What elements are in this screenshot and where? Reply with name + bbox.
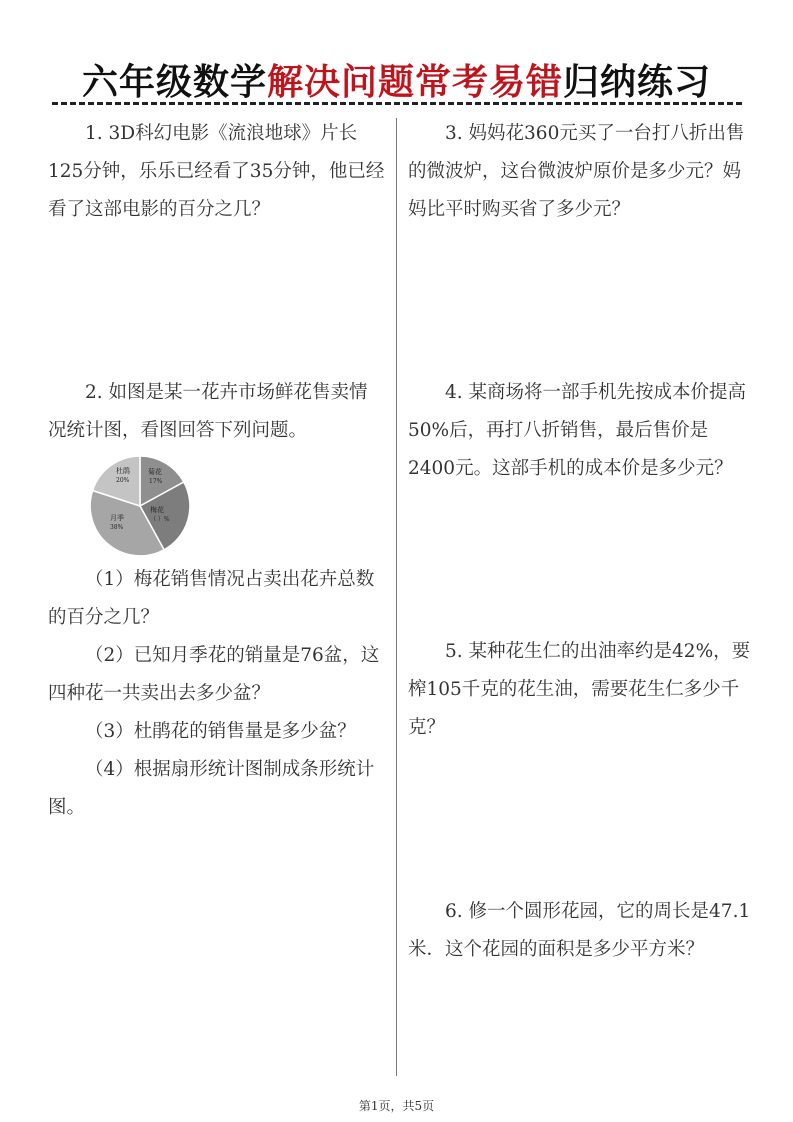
question-4-text: 4. 某商场将一部手机先按成本价提高50%后，再打八折销售，最后售价是2400元… (408, 374, 753, 488)
question-5-text: 5. 某种花生仁的出油率约是42%，要榨105千克的花生油，需要花生仁多少千克？ (408, 633, 753, 747)
pie-pct-dujuan: 20% (116, 477, 130, 484)
subquestion-2: （2）已知月季花的销量是76盆，这四种花一共卖出去多少盆？ (48, 637, 386, 713)
subquestion-4: （4）根据扇形统计图制成条形统计图。 (48, 751, 386, 827)
question-1: 1. 3D科幻电影《流浪地球》片长125分钟，乐乐已经看了35分钟，他已经看了这… (48, 115, 386, 229)
pie-label-juhua: 菊花 (148, 467, 162, 476)
question-4: 4. 某商场将一部手机先按成本价提高50%后，再打八折销售，最后售价是2400元… (408, 374, 753, 488)
pie-pct-juhua: 17% (149, 478, 163, 485)
pie-chart: 菊花 17% 梅花 （ ）% 月季 38% 杜鹃 20% (88, 454, 192, 558)
column-divider (396, 118, 397, 1076)
question-3-text: 3. 妈妈花360元买了一台打八折出售的微波炉，这台微波炉原价是多少元？妈妈比平… (408, 115, 753, 229)
pie-label-yueji: 月季 (110, 513, 124, 522)
title-part-1: 六年级数学 (82, 62, 267, 103)
question-6: 6. 修一个圆形花园，它的周长是47.1米．这个花园的面积是多少平方米？ (408, 893, 753, 969)
pie-label-meihua: 梅花 (150, 505, 164, 514)
subquestion-1: （1）梅花销售情况占卖出花卉总数的百分之几？ (48, 561, 386, 637)
question-3: 3. 妈妈花360元买了一台打八折出售的微波炉，这台微波炉原价是多少元？妈妈比平… (408, 115, 753, 229)
title-part-3: 归纳练习 (563, 62, 711, 103)
subquestion-3: （3）杜鹃花的销售量是多少盆？ (48, 713, 386, 751)
question-2-subquestions: （1）梅花销售情况占卖出花卉总数的百分之几？ （2）已知月季花的销量是76盆，这… (48, 561, 386, 827)
pie-pct-meihua: （ ）% (150, 516, 170, 523)
question-6-text: 6. 修一个圆形花园，它的周长是47.1米．这个花园的面积是多少平方米？ (408, 893, 753, 969)
page-title: 六年级数学解决问题常考易错归纳练习 (0, 54, 793, 105)
page-number: 第1页，共5页 (0, 1097, 793, 1114)
question-2-text: 2. 如图是某一花卉市场鲜花售卖情况统计图，看图回答下列问题。 (48, 374, 386, 450)
pie-label-dujuan: 杜鹃 (116, 466, 130, 475)
title-highlight: 解决问题常考易错 (267, 62, 563, 103)
pie-pct-yueji: 38% (110, 524, 124, 531)
dashed-divider (52, 102, 742, 105)
question-2: 2. 如图是某一花卉市场鲜花售卖情况统计图，看图回答下列问题。 (48, 374, 386, 450)
question-1-text: 1. 3D科幻电影《流浪地球》片长125分钟，乐乐已经看了35分钟，他已经看了这… (48, 115, 386, 229)
question-5: 5. 某种花生仁的出油率约是42%，要榨105千克的花生油，需要花生仁多少千克？ (408, 633, 753, 747)
